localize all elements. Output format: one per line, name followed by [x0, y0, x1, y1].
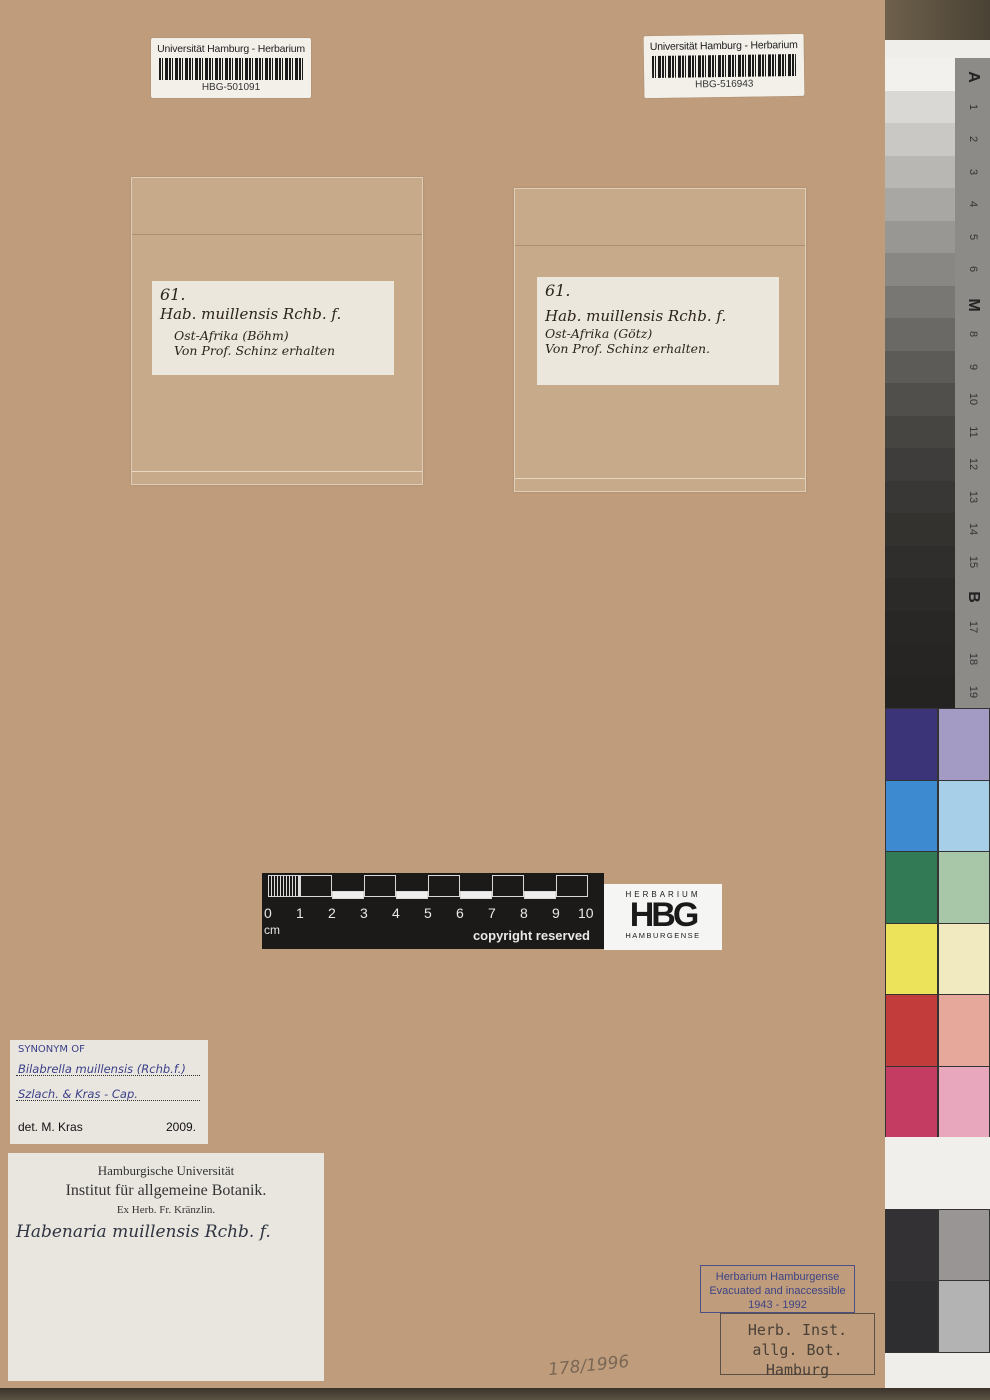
gray-patch: [885, 123, 955, 157]
det-synonym-heading: SYNONYM OF: [18, 1044, 85, 1055]
gray-scale-label: M: [964, 291, 982, 319]
scale-number: 2: [328, 905, 336, 921]
envelope-note-1: 61. Hab. muillensis Rchb. f. Ost-Afrika …: [152, 281, 394, 375]
envelope-fold: [515, 478, 805, 479]
stamp-line: Evacuated and inaccessible: [701, 1284, 854, 1298]
evacuated-stamp: Herbarium Hamburgense Evacuated and inac…: [700, 1265, 855, 1313]
gray-scale-label: 6: [967, 255, 979, 283]
gray-patch: [885, 318, 955, 352]
color-calibration-chart: A123456M89101112131415B171819: [885, 40, 990, 1388]
gray-patch: [885, 58, 955, 92]
gray-scale-label: 5: [967, 223, 979, 251]
det-taxon: Bilabrella muillensis (Rchb.f.): [18, 1062, 186, 1076]
copyright-text: copyright reserved: [473, 928, 590, 943]
scale-number: 6: [456, 905, 464, 921]
gray-scale-label: 13: [967, 483, 979, 511]
scale-segment: [492, 875, 524, 897]
gray-patch: [885, 91, 955, 125]
color-patch: [938, 780, 990, 853]
gray-patch: [885, 416, 955, 450]
institute-taxon-name: Habenaria muillensis Rchb. f.: [8, 1222, 324, 1242]
specimen-envelope-2[interactable]: 61. Hab. muillensis Rchb. f. Ost-Afrika …: [514, 188, 806, 492]
gray-scale-label: 19: [967, 678, 979, 706]
stamp-line: Hamburg: [721, 1360, 874, 1380]
color-patch: [885, 1066, 938, 1139]
hbg-logo: HERBARIUM HBG HAMBURGENSE: [604, 884, 722, 950]
gray-patch: [885, 221, 955, 255]
scale-segment: [460, 891, 492, 899]
stamp-line: Herbarium Hamburgense: [701, 1270, 854, 1284]
color-patch: [938, 1209, 990, 1282]
logo-bottom-text: HAMBURGENSE: [604, 931, 722, 940]
scale-segment: [332, 891, 364, 899]
scale-number: 7: [488, 905, 496, 921]
gray-scale-label: 11: [967, 418, 979, 446]
note-taxon: Hab. muillensis Rchb. f.: [545, 307, 771, 326]
scale-number: 1: [296, 905, 304, 921]
scale-number: 4: [392, 905, 400, 921]
color-patch: [938, 923, 990, 996]
envelope-flap: [515, 245, 805, 246]
gray-scale-label: 12: [967, 450, 979, 478]
note-number: 61.: [545, 281, 771, 301]
gray-patch: [885, 188, 955, 222]
gray-patch: [885, 253, 955, 287]
barcode-label-1: Universität Hamburg - Herbarium HBG-5010…: [151, 38, 311, 98]
scale-number: 3: [360, 905, 368, 921]
gray-scale-label: 15: [967, 548, 979, 576]
gray-patch: [885, 156, 955, 190]
scale-number: 9: [552, 905, 560, 921]
institute-name: Institut für allgemeine Botanik.: [8, 1182, 324, 1200]
gray-scale-label: 17: [967, 613, 979, 641]
color-patch: [938, 851, 990, 924]
gray-scale-strip: A123456M89101112131415B171819: [955, 58, 990, 708]
gray-patch: [885, 448, 955, 482]
institute-label: Hamburgische Universität Institut für al…: [8, 1153, 324, 1381]
det-year: 2009.: [166, 1120, 196, 1134]
logo-main-text: HBG: [604, 899, 722, 931]
scale-segment: [300, 875, 332, 897]
note-number: 61.: [160, 285, 386, 305]
gray-scale-label: 2: [967, 125, 979, 153]
gray-scale-label: 14: [967, 515, 979, 543]
gray-patch: [885, 513, 955, 547]
scale-mm-segment: [268, 875, 300, 897]
scale-ruler: [268, 875, 588, 905]
gray-scale-label: A: [964, 63, 982, 91]
barcode-number: HBG-501091: [151, 82, 311, 93]
barcode-title: Universität Hamburg - Herbarium: [644, 39, 804, 53]
det-determiner: det. M. Kras: [18, 1120, 83, 1134]
scale-segment: [556, 875, 588, 897]
barcode-label-2: Universität Hamburg - Herbarium HBG-5169…: [644, 34, 805, 98]
gray-scale-label: 1: [967, 93, 979, 121]
scale-segment: [428, 875, 460, 897]
scale-number: 5: [424, 905, 432, 921]
scale-number: 0: [264, 905, 272, 921]
note-locality: Ost-Afrika (Böhm): [160, 328, 386, 344]
scale-segment: [364, 875, 396, 897]
gray-patch: [885, 286, 955, 320]
barcode-number: HBG-516943: [644, 78, 804, 91]
specimen-envelope-1[interactable]: 61. Hab. muillensis Rchb. f. Ost-Afrika …: [131, 177, 423, 485]
gray-patch: [885, 676, 955, 710]
gray-scale-label: 9: [967, 353, 979, 381]
barcode-icon: [159, 58, 303, 80]
note-taxon: Hab. muillensis Rchb. f.: [160, 305, 386, 324]
color-patch: [885, 923, 938, 996]
note-locality: Ost-Afrika (Götz): [545, 326, 771, 342]
gray-patch: [885, 578, 955, 612]
gray-patch: [885, 481, 955, 515]
color-patch: [885, 994, 938, 1067]
scale-segment: [524, 891, 556, 899]
color-patch: [885, 1137, 938, 1210]
background-edge: [0, 1388, 990, 1400]
dotted-line: [16, 1075, 200, 1076]
institute-collection: Ex Herb. Fr. Kränzlin.: [8, 1204, 324, 1216]
gray-scale-label: 3: [967, 158, 979, 186]
color-patch: [938, 708, 990, 781]
color-patch: [938, 994, 990, 1067]
dotted-line: [16, 1100, 200, 1101]
barcode-icon: [652, 54, 796, 78]
gray-patch: [885, 383, 955, 417]
institute-university: Hamburgische Universität: [8, 1163, 324, 1179]
gray-scale-label: B: [964, 583, 982, 611]
scale-number: 8: [520, 905, 528, 921]
gray-patch: [885, 351, 955, 385]
det-authors: Szlach. & Kras - Cap.: [18, 1087, 138, 1101]
color-patch: [885, 1280, 938, 1353]
color-patch: [938, 1280, 990, 1353]
institute-stamp: Herb. Inst. allg. Bot. Hamburg: [720, 1313, 875, 1375]
scale-segment: [396, 891, 428, 899]
stamp-line: 1943 - 1992: [701, 1298, 854, 1312]
gray-scale-label: 10: [967, 385, 979, 413]
color-patch: [938, 1137, 990, 1210]
scale-number: 10: [578, 905, 594, 921]
gray-scale-label: 4: [967, 190, 979, 218]
envelope-fold: [132, 471, 422, 472]
note-source: Von Prof. Schinz erhalten: [160, 343, 386, 359]
gray-scale-label: 8: [967, 320, 979, 348]
barcode-title: Universität Hamburg - Herbarium: [151, 43, 311, 55]
gray-scale-label: 18: [967, 645, 979, 673]
gray-patch: [885, 643, 955, 677]
scale-unit: cm: [264, 923, 280, 937]
color-patch: [938, 1066, 990, 1139]
determination-label: SYNONYM OF Bilabrella muillensis (Rchb.f…: [10, 1040, 208, 1144]
color-patch: [885, 780, 938, 853]
color-patch: [885, 708, 938, 781]
gray-patch: [885, 546, 955, 580]
envelope-flap: [132, 234, 422, 235]
envelope-note-2: 61. Hab. muillensis Rchb. f. Ost-Afrika …: [537, 277, 779, 385]
color-patch: [885, 1209, 938, 1282]
background-edge: [885, 0, 990, 40]
note-source: Von Prof. Schinz erhalten.: [545, 341, 771, 357]
scale-bar: 0 1 2 3 4 5 6 7 8 9 10 cm copyright rese…: [262, 873, 604, 949]
stamp-line: Herb. Inst. allg. Bot.: [721, 1320, 874, 1360]
gray-patch: [885, 611, 955, 645]
color-patch: [885, 851, 938, 924]
